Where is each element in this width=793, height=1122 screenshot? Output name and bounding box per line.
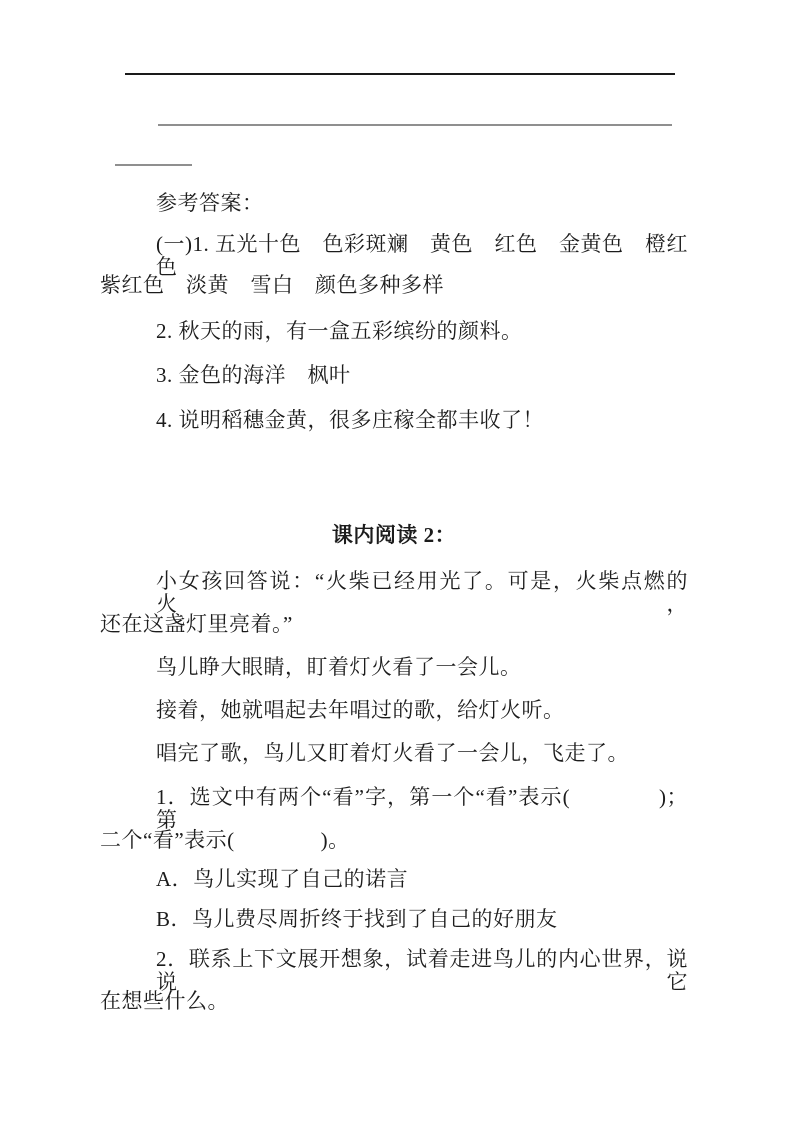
question2-line2: 在想些什么。 xyxy=(100,990,688,1013)
question1-option-a: A．鸟儿实现了自己的诺言 xyxy=(100,868,688,891)
question1-option-b: B．鸟儿费尽周折终于找到了自己的好朋友 xyxy=(100,908,688,931)
answer-blank-line-long xyxy=(158,124,672,126)
reading-para1-line1: 小女孩回答说：“火柴已经用光了。可是，火柴点燃的火， xyxy=(100,570,688,615)
reading-section-heading: 课内阅读 2： xyxy=(100,524,688,547)
reading-para3: 接着，她就唱起去年唱过的歌，给灯火听。 xyxy=(100,699,688,722)
top-separator-rule xyxy=(125,73,675,75)
answer-key-title: 参考答案： xyxy=(100,192,688,215)
reading-para1-line2: 还在这盏灯里亮着。” xyxy=(100,613,688,636)
answer-item4: 4. 说明稻穗金黄，很多庄稼全都丰收了！ xyxy=(100,409,688,432)
document-page: 参考答案： (一)1. 五光十色 色彩斑斓 黄色 红色 金黄色 橙红色 紫红色 … xyxy=(0,0,793,1122)
answer-item1-line1: (一)1. 五光十色 色彩斑斓 黄色 红色 金黄色 橙红色 xyxy=(100,233,688,278)
answer-blank-line-short xyxy=(115,164,192,166)
reading-para2: 鸟儿睁大眼睛，盯着灯火看了一会儿。 xyxy=(100,656,688,679)
answer-item2: 2. 秋天的雨，有一盒五彩缤纷的颜料。 xyxy=(100,320,688,343)
answer-item1-line2: 紫红色 淡黄 雪白 颜色多种多样 xyxy=(100,274,688,297)
reading-para4: 唱完了歌，鸟儿又盯着灯火看了一会儿，飞走了。 xyxy=(100,742,688,765)
answer-item3: 3. 金色的海洋 枫叶 xyxy=(100,364,688,387)
question2-line1: 2．联系上下文展开想象，试着走进鸟儿的内心世界，说说它 xyxy=(100,948,688,993)
question1-line1: 1．选文中有两个“看”字，第一个“看”表示( )；第 xyxy=(100,786,688,831)
question1-line2: 二个“看”表示( )。 xyxy=(100,829,688,852)
